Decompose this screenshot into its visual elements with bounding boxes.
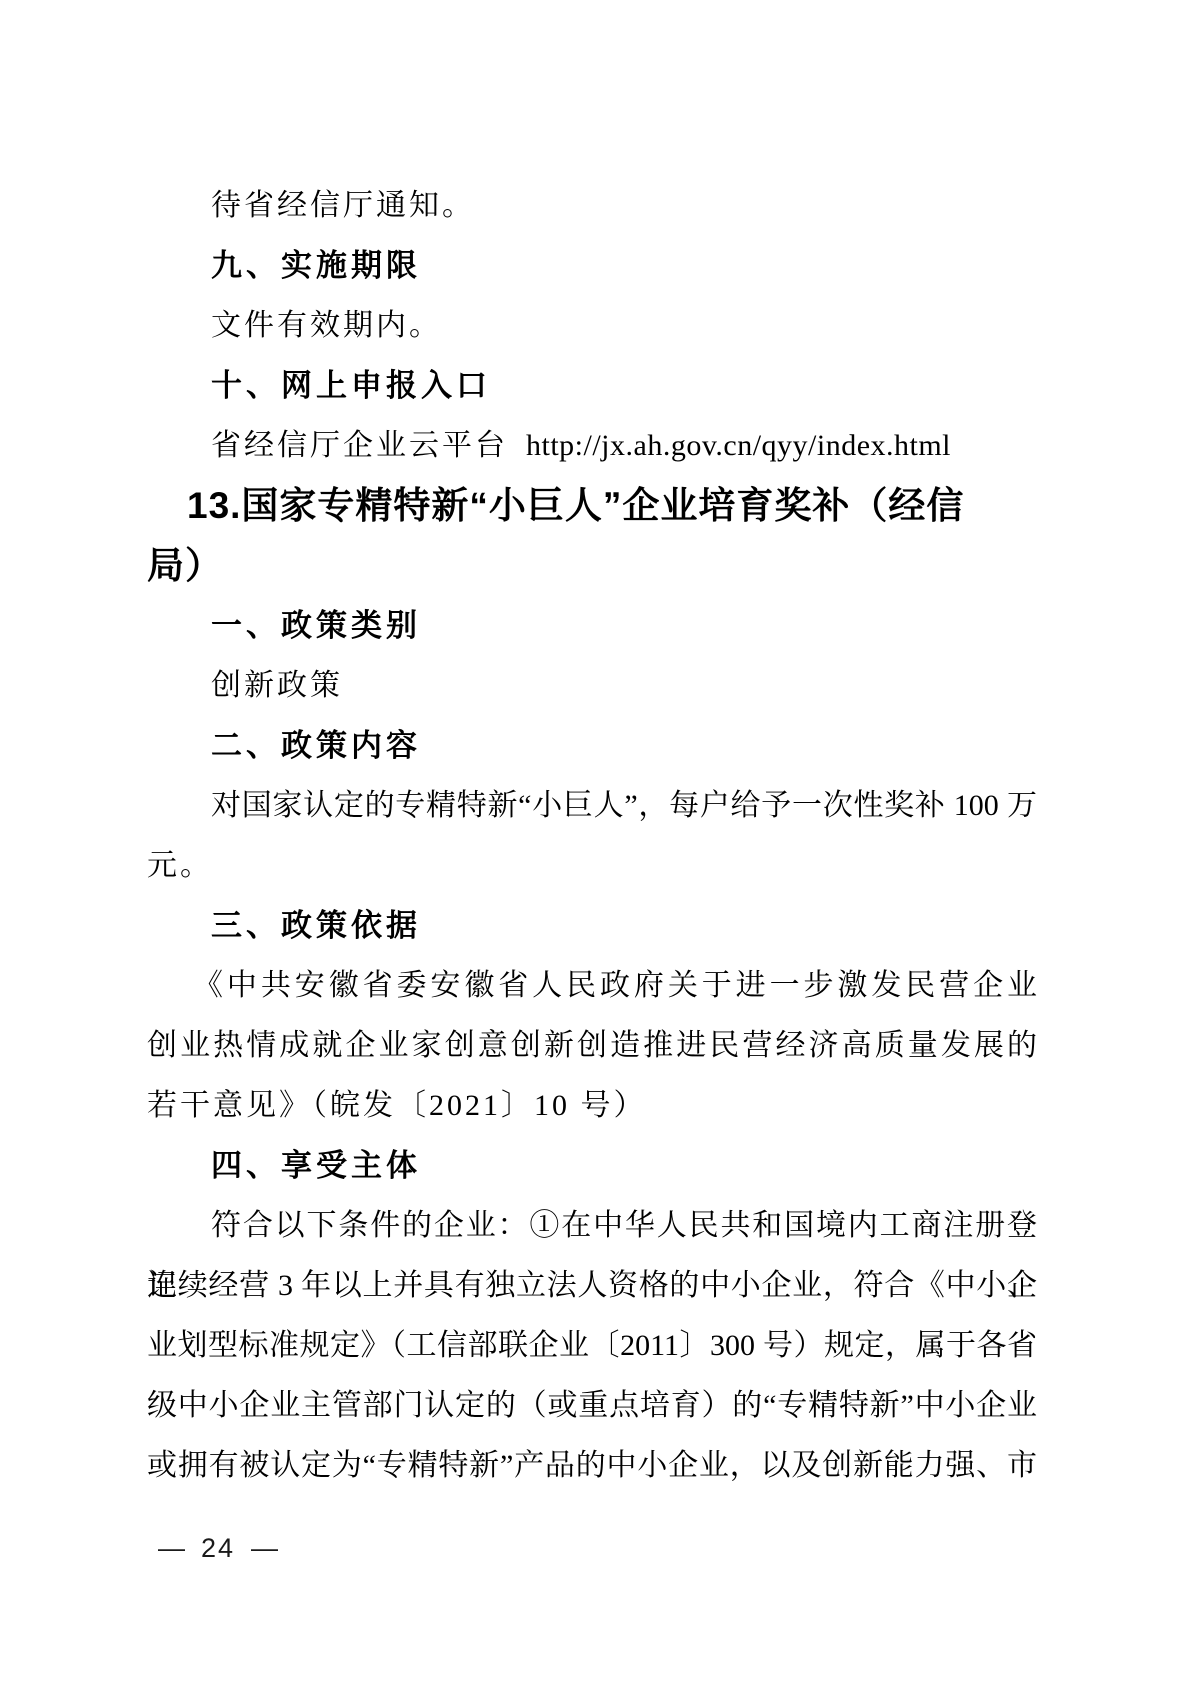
paragraph-beneficiary-line5: 或拥有被认定为“专精特新”产品的中小企业，以及创新能力强、市 (147, 1436, 1037, 1496)
heading-ten-online-application-portal: 十、网上申报入口 (147, 356, 1037, 416)
paragraph-beneficiary-line3: 业划型标准规定》（工信部联企业〔2011〕300 号）规定，属于各省 (147, 1316, 1037, 1376)
paragraph-validity-period: 文件有效期内。 (147, 296, 1037, 356)
paragraph-await-provincial-notice: 待省经信厅通知。 (147, 176, 1037, 236)
paragraph-policy-category-value: 创新政策 (147, 656, 1037, 716)
platform-name-text: 省经信厅企业云平台 (211, 429, 508, 462)
heading-three-policy-basis: 三、政策依据 (147, 896, 1037, 956)
page-footer: —24— (158, 1532, 278, 1564)
platform-url-text: http://jx.ah.gov.cn/qyy/index.html (526, 429, 951, 462)
heading-item13-title-line1: 13.国家专精特新“小巨人”企业培育奖补（经信 (147, 476, 1037, 536)
paragraph-policy-basis-line3: 若干意见》（皖发〔2021〕10 号） (147, 1076, 1037, 1136)
heading-nine-implementation-period: 九、实施期限 (147, 236, 1037, 296)
heading-one-policy-category: 一、政策类别 (147, 596, 1037, 656)
page-number: 24 (201, 1533, 235, 1563)
paragraph-policy-content-line2: 元。 (147, 836, 1037, 896)
document-page: 待省经信厅通知。 九、实施期限 文件有效期内。 十、网上申报入口 省经信厅企业云… (0, 0, 1190, 1683)
heading-two-policy-content: 二、政策内容 (147, 716, 1037, 776)
heading-four-beneficiary: 四、享受主体 (147, 1136, 1037, 1196)
paragraph-beneficiary-line4: 级中小企业主管部门认定的（或重点培育）的“专精特新”中小企业 (147, 1376, 1037, 1436)
footer-dash-right: — (251, 1533, 278, 1563)
paragraph-policy-content-line1: 对国家认定的专精特新“小巨人”，每户给予一次性奖补 100 万 (147, 776, 1037, 836)
heading-item13-title-line2: 局） (147, 536, 1037, 596)
paragraph-policy-basis-line1: 《中共安徽省委安徽省人民政府关于进一步激发民营企业 (147, 956, 1037, 1016)
paragraph-policy-basis-line2: 创业热情成就企业家创意创新创造推进民营经济高质量发展的 (147, 1016, 1037, 1076)
paragraph-application-platform: 省经信厅企业云平台http://jx.ah.gov.cn/qyy/index.h… (147, 416, 1037, 476)
paragraph-beneficiary-line2: 连续经营 3 年以上并具有独立法人资格的中小企业，符合《中小企 (147, 1256, 1037, 1316)
footer-dash-left: — (158, 1533, 185, 1563)
paragraph-beneficiary-line1: 符合以下条件的企业：①在中华人民共和国境内工商注册登记、 (147, 1196, 1037, 1256)
document-body: 待省经信厅通知。 九、实施期限 文件有效期内。 十、网上申报入口 省经信厅企业云… (147, 176, 1037, 1496)
